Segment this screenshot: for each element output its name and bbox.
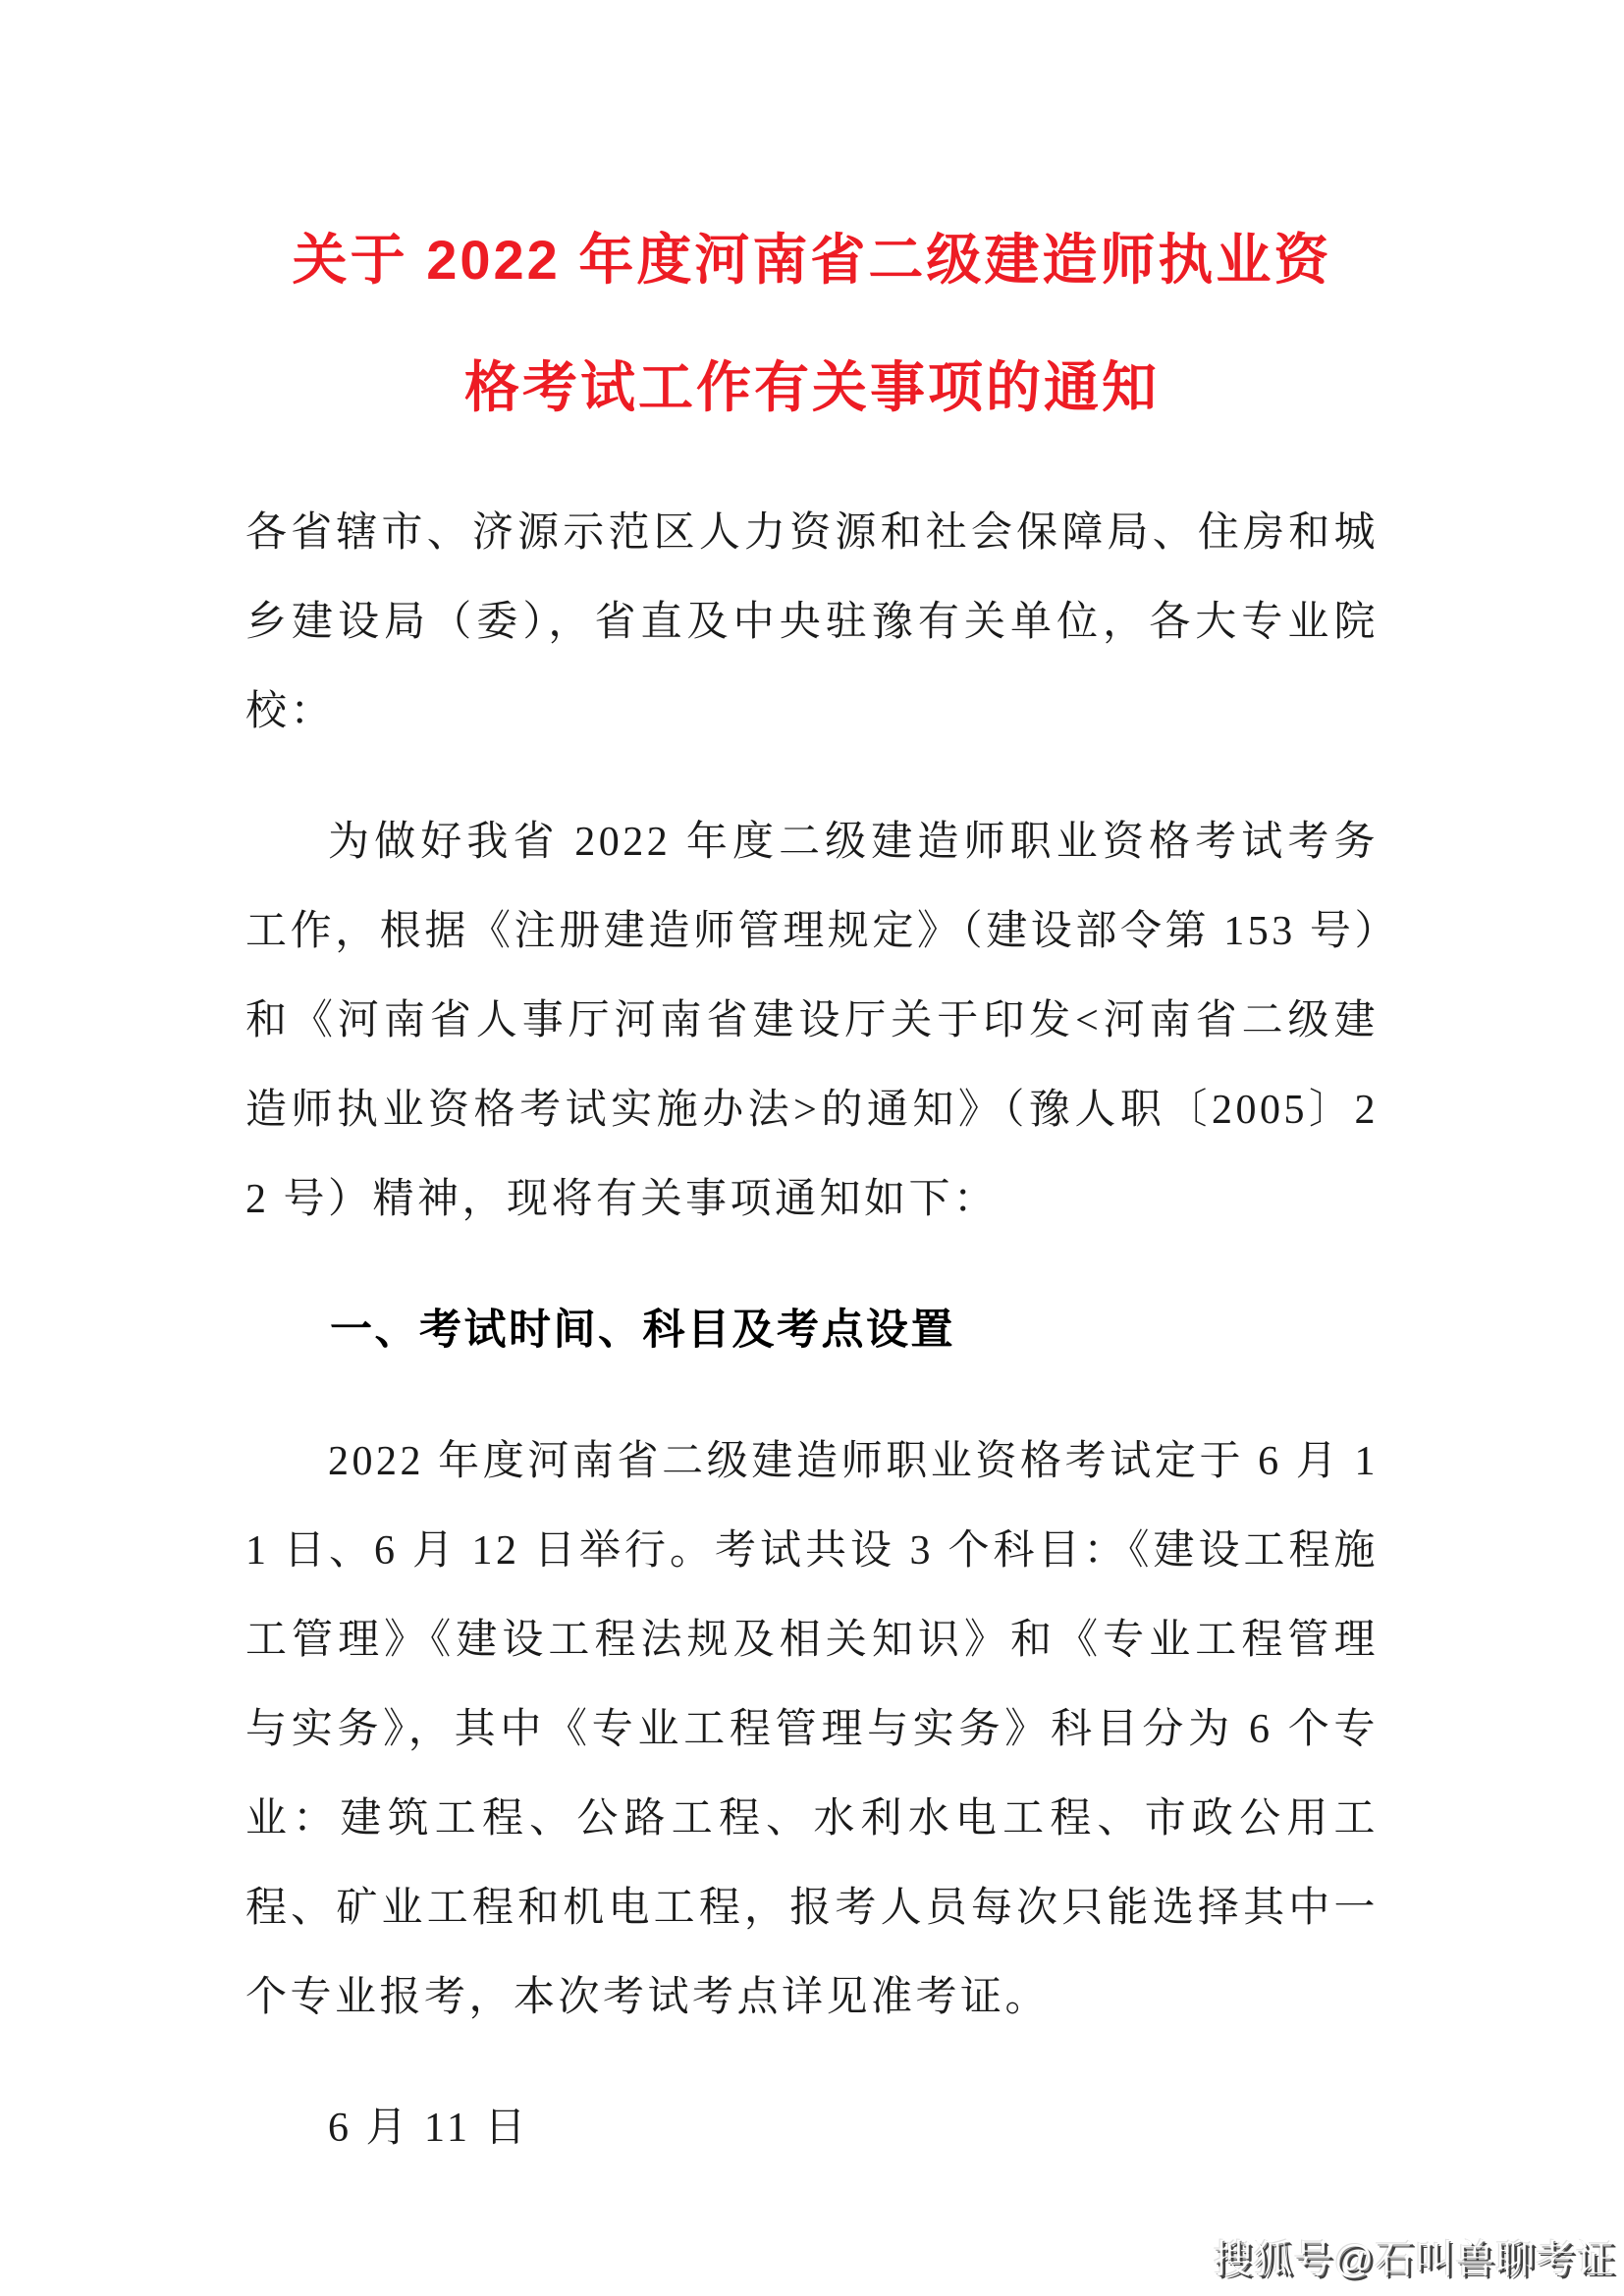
document-title-line-2: 格考试工作有关事项的通知 — [118, 324, 1506, 452]
sohu-account-watermark: 搜狐号@石叫兽聊考证 — [1213, 2228, 1616, 2284]
document-body: 各省辖市、济源示范区人力资源和社会保障局、住房和城乡建设局（委），省直及中央驻豫… — [245, 489, 1379, 2173]
document-page: 关于 2022 年度河南省二级建造师执业资 格考试工作有关事项的通知 各省辖市、… — [0, 0, 1624, 2296]
exam-date-line: 6 月 11 日 — [245, 2084, 1379, 2173]
document-title-line-1: 关于 2022 年度河南省二级建造师执业资 — [118, 196, 1506, 324]
section-1-heading: 一、考试时间、科目及考点设置 — [245, 1286, 1379, 1375]
salutation-paragraph: 各省辖市、济源示范区人力资源和社会保障局、住房和城乡建设局（委），省直及中央驻豫… — [245, 489, 1379, 757]
intro-paragraph: 为做好我省 2022 年度二级建造师职业资格考试考务工作，根据《注册建造师管理规… — [245, 798, 1379, 1245]
document-title: 关于 2022 年度河南省二级建造师执业资 格考试工作有关事项的通知 — [118, 196, 1506, 452]
section-1-paragraph: 2022 年度河南省二级建造师职业资格考试定于 6 月 11 日、6 月 12 … — [245, 1417, 1379, 2043]
